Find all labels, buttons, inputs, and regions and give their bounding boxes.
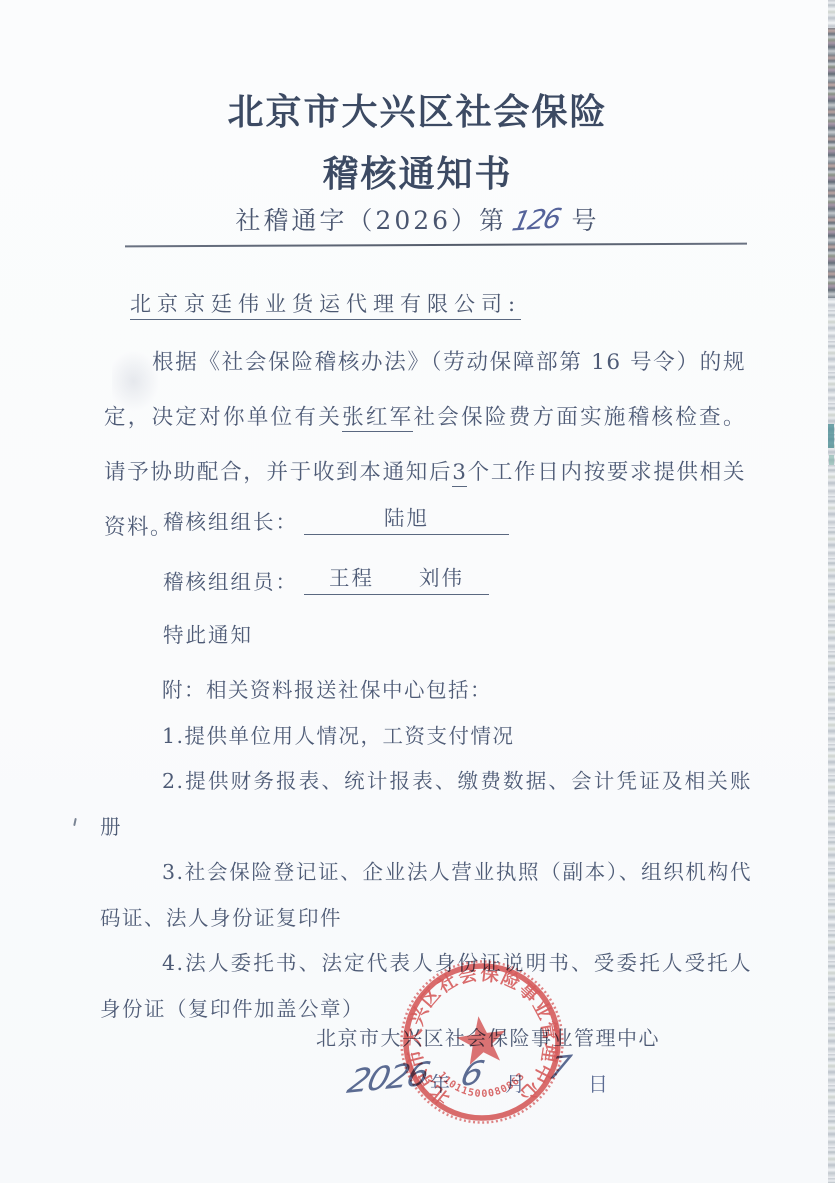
audit-members-label: 稽核组组员： [163, 570, 298, 594]
document-title-line2: 稽核通知书 [0, 146, 835, 197]
header-divider-line [125, 243, 747, 248]
audit-members-names: 王程 刘伟 [329, 566, 464, 590]
document-number-prefix: 社稽通字（2026）第 [235, 206, 507, 235]
scan-edge-teal-artifact [828, 424, 834, 448]
document-number-line: 社稽通字（2026）第126 号 [0, 201, 835, 237]
official-red-seal: 北京市大兴区社会保险事业管理中心 11011500080863 [397, 957, 567, 1127]
attachment-item-3: 3.社会保险登记证、企业法人营业执照（副本）、组织机构代码证、法人身份证复印件 [100, 850, 752, 941]
recipient-line: 北京京廷伟业货运代理有限公司: [130, 288, 521, 318]
scan-stray-mark [73, 818, 77, 826]
handwritten-document-number: 126 [509, 203, 562, 237]
audit-members-name-field: 王程 刘伟 [304, 561, 489, 595]
seal-star-icon [454, 1013, 509, 1066]
document-title-line1: 北京市大兴区社会保险 [0, 84, 835, 135]
scan-edge-noise-dark-band [828, 28, 835, 298]
scan-smudge-artifact [112, 350, 160, 412]
scanned-notice-page: 北京市大兴区社会保险 稽核通知书 社稽通字（2026）第126 号 北京京廷伟业… [0, 0, 835, 1183]
recipient-company-name: 北京京廷伟业货运代理有限公司: [130, 292, 521, 320]
audit-leader-name-field: 陆旭 [304, 501, 509, 535]
audit-members-row: 稽核组组员：王程 刘伟 [163, 561, 489, 595]
closing-statement: 特此通知 [163, 618, 253, 648]
attachment-item-1: 1.提供单位用人情况，工资支付情况 [100, 714, 752, 760]
attachment-item-2: 2.提供财务报表、统计报表、缴费数据、会计凭证及相关账册 [100, 759, 752, 850]
day-label: 日 [588, 1068, 608, 1097]
audit-leader-row: 稽核组组长：陆旭 [163, 501, 509, 535]
working-days-value: 3 [452, 460, 467, 487]
attachment-header: 附：相关资料报送社保中心包括： [100, 668, 752, 714]
document-number-suffix: 号 [572, 206, 600, 235]
audit-leader-name: 陆旭 [384, 506, 429, 530]
scan-edge-teal-artifact-small [829, 455, 834, 465]
audited-person-name: 张红军 [342, 405, 413, 432]
audit-leader-label: 稽核组组长： [163, 510, 298, 534]
